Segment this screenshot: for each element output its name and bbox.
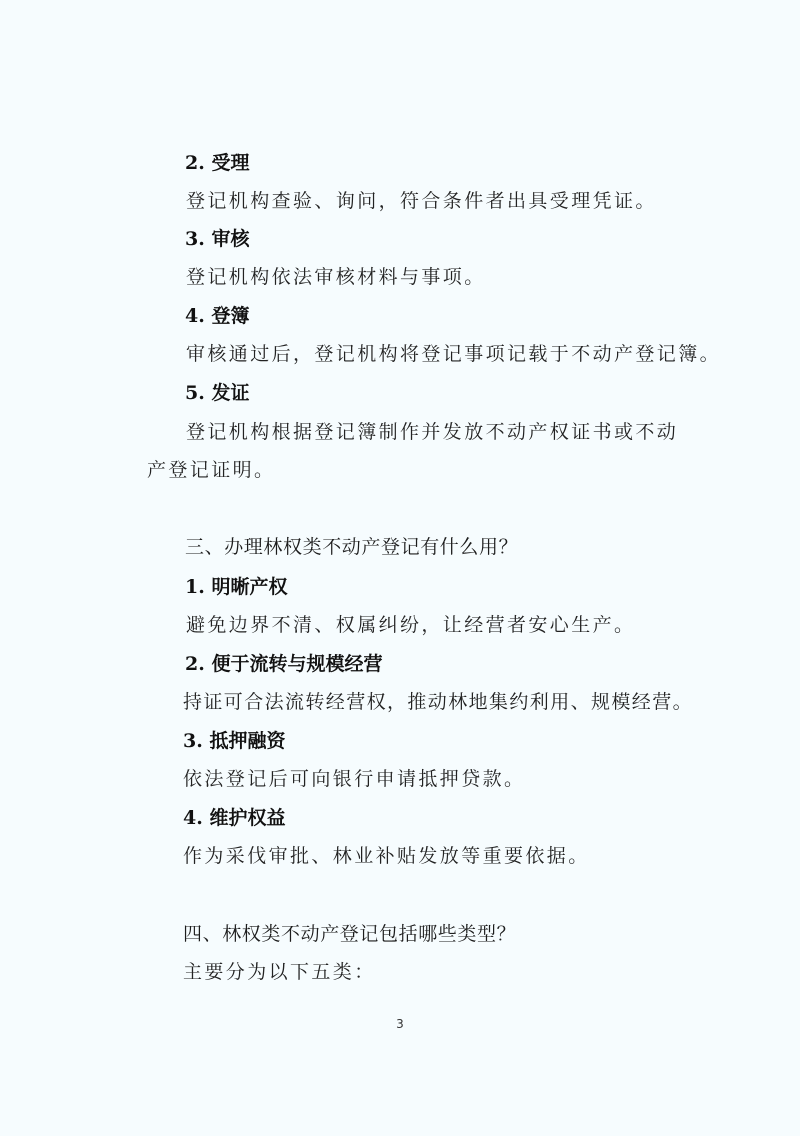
step-review-text: 登记机构依法审核材料与事项。 (186, 265, 486, 289)
step-register-text: 审核通过后，登记机构将登记事项记载于不动产登记簿。 (186, 342, 721, 366)
step-register-heading: 4. 登簿 (185, 304, 249, 328)
section-4-title: 四、林权类不动产登记包括哪些类型？ (183, 922, 516, 946)
benefit-1-text: 避免边界不清、权属纠纷，让经营者安心生产。 (186, 613, 635, 637)
benefit-2-heading: 2. 便于流转与规模经营 (185, 652, 382, 676)
step-issue-heading: 5. 发证 (185, 381, 249, 405)
benefit-4-heading: 4. 维护权益 (183, 806, 285, 830)
step-accept-text: 登记机构查验、询问，符合条件者出具受理凭证。 (186, 189, 657, 213)
step-issue-text-line2: 产登记证明。 (147, 458, 275, 482)
benefit-4-text: 作为采伐审批、林业补贴发放等重要依据。 (183, 844, 590, 868)
benefit-3-text: 依法登记后可向银行申请抵押贷款。 (183, 767, 525, 791)
benefit-2-text: 持证可合法流转经营权，推动林地集约利用、规模经营。 (183, 690, 693, 714)
section-3-title: 三、办理林权类不动产登记有什么用？ (185, 535, 518, 559)
step-review-heading: 3. 审核 (185, 227, 249, 251)
step-accept-heading: 2. 受理 (185, 151, 249, 175)
page-number: 3 (0, 1017, 800, 1031)
benefit-3-heading: 3. 抵押融资 (183, 729, 285, 753)
benefit-1-heading: 1. 明晰产权 (185, 575, 287, 599)
section-4-intro: 主要分为以下五类： (183, 960, 376, 984)
step-issue-text-line1: 登记机构根据登记簿制作并发放不动产权证书或不动 (186, 420, 678, 444)
